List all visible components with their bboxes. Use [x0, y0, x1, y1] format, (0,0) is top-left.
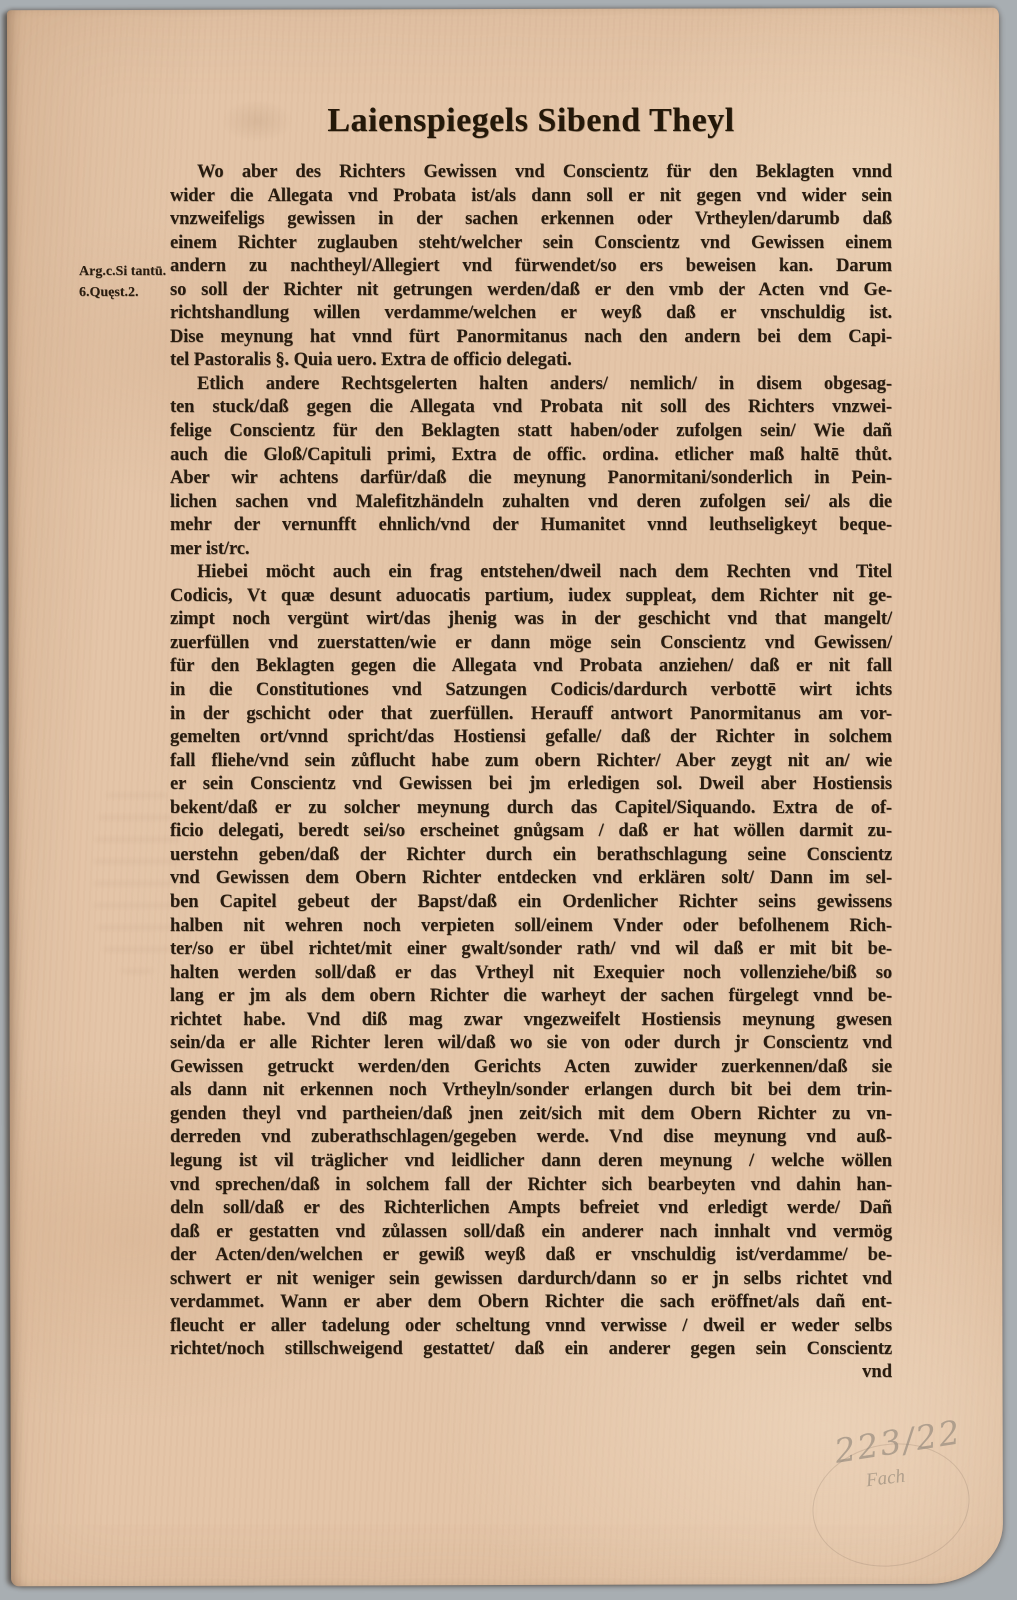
text-line: in die Constitutiones vnd Satzungen Codi…: [170, 679, 892, 703]
text-line: derreden vnd zuberathschlagen/gegeben we…: [170, 1126, 892, 1150]
body-text: Wo aber des Richters Gewissen vnd Consci…: [170, 161, 892, 1362]
text-line: ten stuck/daß gegen die Allegata vnd Pro…: [170, 396, 892, 420]
printed-text-layer: Laienspiegels Sibend Theyl Arg.c.Si tant…: [0, 0, 1017, 1600]
text-line: felige Conscientz für den Beklagten stat…: [170, 420, 892, 444]
verso-show-through: [94, 778, 180, 973]
text-line: Aber wir achtens darfür/daß die meynung …: [170, 467, 892, 491]
text-line: andern zu nachtheyl/Allegiert vnd fürwen…: [170, 255, 892, 279]
text-line: wider die Allegata vnd Probata ist/als d…: [170, 185, 892, 209]
text-line: fleucht er aller tadelung oder scheltung…: [170, 1315, 892, 1339]
text-line: mehr der vernunfft ehnlich/vnd der Human…: [170, 514, 892, 538]
margin-note-line: Arg.c.Si tantū.: [79, 261, 179, 282]
text-line: schwert er nit weniger sein gewissen dar…: [170, 1268, 892, 1292]
margin-note: Arg.c.Si tantū. 6.Quęst.2.: [79, 261, 179, 303]
text-line: als dann nit erkennen noch Vrtheyln/sond…: [170, 1079, 892, 1103]
text-line: vnd sprechen/daß in solchem fall der Ric…: [170, 1174, 892, 1198]
text-line: legung ist vil träglicher vnd leidlicher…: [170, 1150, 892, 1174]
paragraph: Wo aber des Richters Gewissen vnd Consci…: [170, 161, 892, 373]
text-line: so soll der Richter nit getrungen werden…: [170, 279, 892, 303]
margin-note-line: 6.Quęst.2.: [79, 282, 179, 303]
text-line: zimpt noch vergünt wirt/das jhenig was i…: [170, 608, 892, 632]
text-line: Dise meynung hat vnnd fürt Panormitanus …: [170, 326, 892, 350]
text-line: richtet/noch stillschweigend gestattet/ …: [170, 1338, 892, 1362]
pencil-inscription-word: Fach: [865, 1466, 906, 1493]
text-line: auch die Gloß/Capituli primi, Extra de o…: [170, 444, 892, 468]
text-line: einem Richter zuglauben steht/welcher se…: [170, 232, 892, 256]
text-line: mer ist/rc.: [170, 538, 892, 562]
text-line: ter/so er übel richtet/mit einer gwalt/s…: [170, 938, 892, 962]
text-line: bekent/daß er zu solcher meynung durch d…: [170, 797, 892, 821]
text-line: vnzweifeligs gewissen in der sachen erke…: [170, 208, 892, 232]
text-line: vnd Gewissen dem Obern Richter entdecken…: [170, 867, 892, 891]
text-line: daß er gestatten vnd zůlassen soll/daß e…: [170, 1221, 892, 1245]
text-line: Codicis, Vt quæ desunt aduocatis partium…: [170, 585, 892, 609]
text-line: fall fliehe/vnd sein zůflucht habe zum o…: [170, 750, 892, 774]
text-line: zuerfüllen vnd zuerstatten/wie er dann m…: [170, 632, 892, 656]
text-line: sein/da er alle Richter leren wil/daß wo…: [170, 1032, 892, 1056]
text-line: Etlich andere Rechtsgelerten halten ande…: [170, 373, 892, 397]
text-line: deln soll/daß er des Richterlichen Ampts…: [170, 1197, 892, 1221]
text-line: verdammet. Wann er aber dem Obern Richte…: [170, 1291, 892, 1315]
text-line: ficio delegati, beredt sei/so erscheinet…: [170, 820, 892, 844]
catchword: vnd: [170, 1362, 892, 1383]
text-line: tel Pastoralis §. Quia uero. Extra de of…: [170, 349, 892, 373]
text-line: für den Beklagten gegen die Allegata vnd…: [170, 655, 892, 679]
text-line: halben nit wehren noch verpieten soll/ei…: [170, 915, 892, 939]
text-line: er sein Conscientz vnd Gewissen bei jm e…: [170, 773, 892, 797]
text-line: Gewissen getruckt werden/den Gerichts Ac…: [170, 1056, 892, 1080]
text-line: ben Capitel gebeut der Bapst/daß ein Ord…: [170, 891, 892, 915]
text-line: Hiebei möcht auch ein frag entstehen/dwe…: [170, 561, 892, 585]
text-line: gemelten ort/vnnd spricht/das Hostiensi …: [170, 726, 892, 750]
text-line: in der gschicht oder that zuerfüllen. He…: [170, 703, 892, 727]
text-line: Wo aber des Richters Gewissen vnd Consci…: [170, 161, 892, 185]
text-line: der Acten/den/welchen er gewiß weyß daß …: [170, 1244, 892, 1268]
page-title: Laienspiegels Sibend Theyl: [170, 102, 892, 140]
text-line: uerstehn geben/daß der Richter durch ein…: [170, 844, 892, 868]
text-line: halten werden soll/daß er das Vrtheyl ni…: [170, 962, 892, 986]
text-line: lichen sachen vnd Malefitzhändeln zuhalt…: [170, 491, 892, 515]
paragraph: Hiebei möcht auch ein frag entstehen/dwe…: [170, 561, 892, 1362]
text-line: richtet habe. Vnd diß mag zwar vngezweif…: [170, 1009, 892, 1033]
text-line: genden theyl vnd partheien/daß jnen zeit…: [170, 1103, 892, 1127]
text-line: richtshandlung willen verdamme/welchen e…: [170, 302, 892, 326]
text-line: lang er jm als dem obern Richter die war…: [170, 985, 892, 1009]
paragraph: Etlich andere Rechtsgelerten halten ande…: [170, 373, 892, 561]
